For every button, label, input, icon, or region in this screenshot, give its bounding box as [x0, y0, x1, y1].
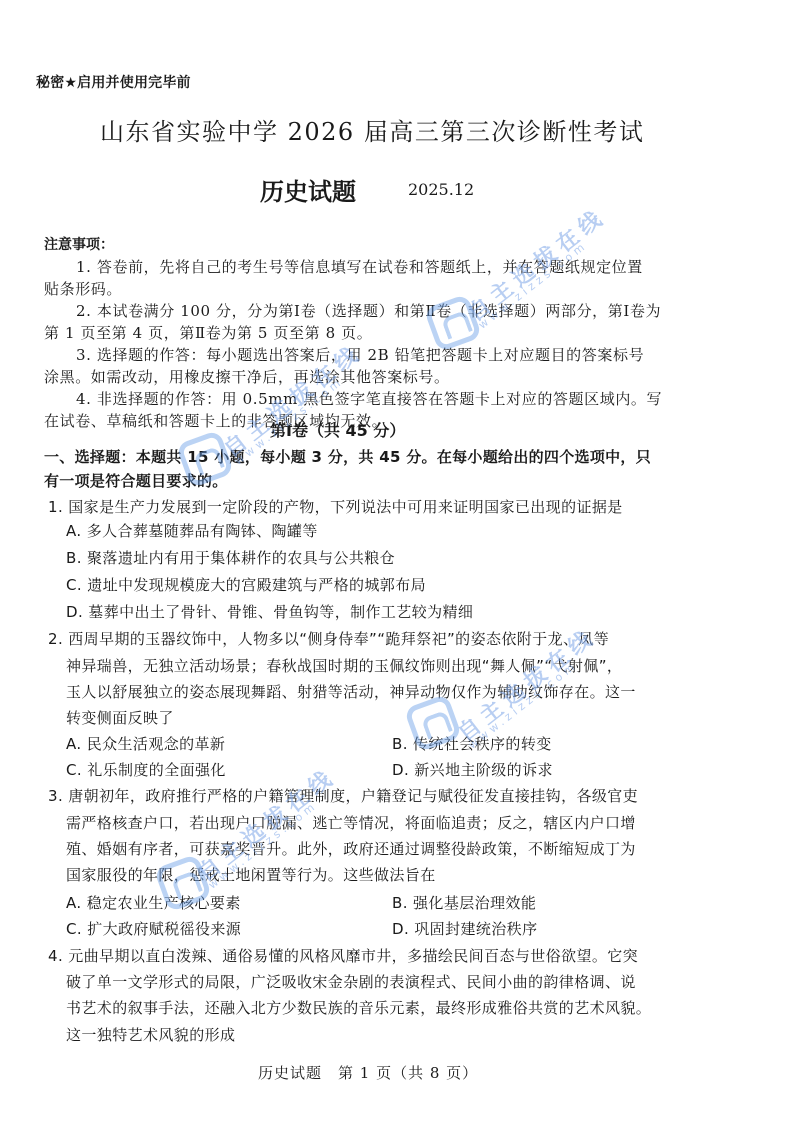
question-stem: 需严格核查户口，若出现户口脱漏、逃亡等情况，将面临追责；反之，辖区内户口增 [66, 812, 636, 833]
exam-date: 2025.12 [408, 180, 474, 199]
question-stem: 破了单一文学形式的局限，广泛吸收宋金杂剧的表演程式、民间小曲的韵律格调、说 [66, 971, 636, 992]
note-line: 3. 选择题的作答：每小题选出答案后，用 2B 铅笔把答题卡上对应题目的答案标号 [76, 344, 644, 365]
option-b: B. 强化基层治理效能 [392, 892, 536, 913]
exam-title: 山东省实验中学 2026 届高三第三次诊断性考试 [100, 112, 644, 147]
question-stem: 3. 唐朝初年，政府推行严格的户籍管理制度，户籍登记与赋役征发直接挂钩，各级官吏 [48, 785, 638, 806]
question-stem: 神异瑞兽，无独立活动场景；春秋战国时期的玉佩纹饰则出现“舞人佩”“弋射佩”， [66, 655, 622, 676]
question-stem: 4. 元曲早期以直白泼辣、通俗易懂的风格风靡市井，多描绘民间百态与世俗欲望。它突 [48, 945, 638, 966]
question-stem: 书艺术的叙事手法，还融入北方少数民族的音乐元素，最终形成雅俗共赏的艺术风貌。 [66, 997, 651, 1018]
option-c: C. 扩大政府赋税徭役来源 [66, 918, 241, 939]
confidential-label: 秘密★启用并使用完毕前 [36, 72, 191, 92]
option-a: A. 多人合葬墓随葬品有陶钵、陶罐等 [66, 520, 318, 541]
note-line: 2. 本试卷满分 100 分，分为第Ⅰ卷（选择题）和第Ⅱ卷（非选择题）两部分，第… [76, 300, 661, 321]
option-c: C. 礼乐制度的全面强化 [66, 759, 226, 780]
note-line: 4. 非选择题的作答：用 0.5mm 黑色签字笔直接答在答题卡上对应的答题区域内… [76, 388, 662, 409]
question-stem: 这一独特艺术风貌的形成 [66, 1024, 235, 1045]
option-a: A. 民众生活观念的革新 [66, 733, 225, 754]
note-line: 第 1 页至第 4 页，第Ⅱ卷为第 5 页至第 8 页。 [44, 322, 372, 343]
section-heading: 第Ⅰ卷（共 45 分） [270, 418, 405, 441]
option-c: C. 遗址中发现规模庞大的宫殿建筑与严格的城郭布局 [66, 574, 426, 595]
note-line: 贴条形码。 [44, 278, 122, 299]
note-line: 涂黑。如需改动，用橡皮擦干净后，再选涂其他答案标号。 [44, 366, 450, 387]
option-d: D. 新兴地主阶级的诉求 [392, 759, 553, 780]
option-d: D. 墓葬中出土了骨针、骨锥、骨鱼钩等，制作工艺较为精细 [66, 601, 473, 622]
option-d: D. 巩固封建统治秩序 [392, 918, 538, 939]
question-stem: 国家服役的年限，惩戒土地闲置等行为。这些做法旨在 [66, 864, 436, 885]
note-line: 1. 答卷前，先将自己的考生号等信息填写在试卷和答题纸上，并在答题纸规定位置 [76, 256, 643, 277]
question-stem: 玉人以舒展独立的姿态展现舞蹈、射猎等活动，神异动物仅作为辅助纹饰存在。这一 [66, 681, 636, 702]
page-footer: 历史试题 第 1 页（共 8 页） [258, 1062, 478, 1083]
subject-title: 历史试题 [260, 172, 356, 207]
question-stem: 2. 西周早期的玉器纹饰中，人物多以“侧身侍奉”“跪拜祭祀”的姿态依附于龙、凤等 [48, 628, 609, 649]
section-instructions: 一、选择题：本题共 15 小题，每小题 3 分，共 45 分。在每小题给出的四个… [44, 446, 651, 467]
question-stem: 转变侧面反映了 [66, 707, 174, 728]
question-stem: 殖、婚姻有序者，可获嘉奖晋升。此外，政府还通过调整役龄政策，不断缩短成丁为 [66, 838, 636, 859]
option-a: A. 稳定农业生产核心要素 [66, 892, 241, 913]
notes-heading: 注意事项： [44, 234, 114, 254]
question-stem: 1. 国家是生产力发展到一定阶段的产物，下列说法中可用来证明国家已出现的证据是 [48, 496, 623, 517]
option-b: B. 聚落遗址内有用于集体耕作的农具与公共粮仓 [66, 547, 395, 568]
